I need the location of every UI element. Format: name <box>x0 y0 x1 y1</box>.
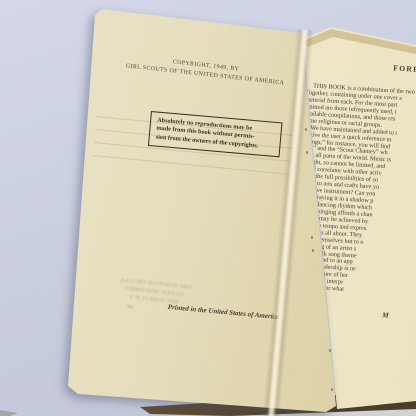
open-book-photo: FOREWORD THIS BOOK is a combination of t… <box>0 0 416 416</box>
left-page: COPYRIGHT, 1949, BY GIRL SCOUTS OF THE U… <box>0 0 416 416</box>
copyright-notice: COPYRIGHT, 1949, BY GIRL SCOUTS OF THE U… <box>104 51 307 90</box>
left-page-shadow-wrap: COPYRIGHT, 1949, BY GIRL SCOUTS OF THE U… <box>0 0 416 416</box>
reproduction-notice-box: Absolutely no reproductions may be made … <box>148 111 283 158</box>
printers-mark: 9M <box>126 305 133 311</box>
